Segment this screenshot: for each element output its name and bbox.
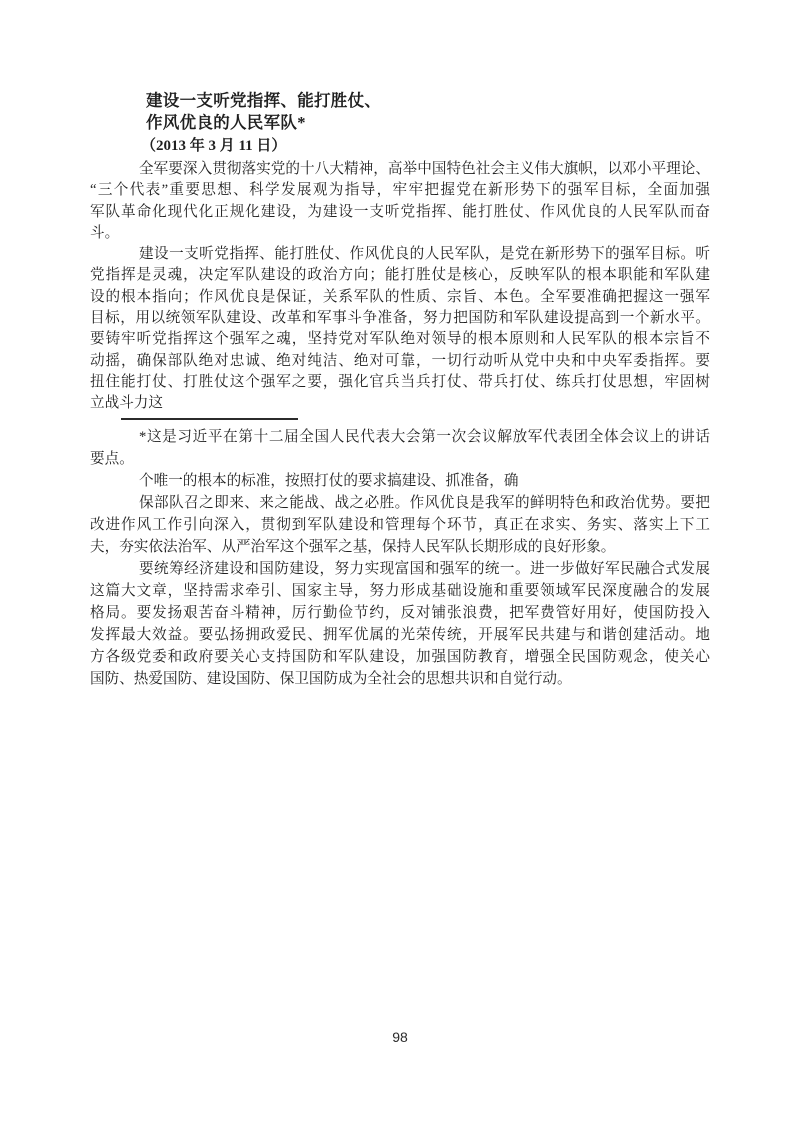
body-text-line: 目标，用以统领军队建设、改革和军事斗争准备，努力把国防和军队建设提高到一个新水平…	[90, 308, 710, 329]
document-page: 建设一支听党指挥、能打胜仗、 作风优良的人民军队* （2013 年 3 月 11…	[0, 0, 800, 1131]
body-text-line: 改进作风工作引向深入，贯彻到军队建设和管理每个环节，真正在求实、务实、落实上下工	[90, 514, 710, 536]
footnote-text-line: 要点。	[90, 448, 710, 470]
document-title: 建设一支听党指挥、能打胜仗、 作风优良的人民军队* （2013 年 3 月 11…	[90, 90, 712, 157]
body-text-line: 军队革命化现代化正规化建设，为建设一支听党指挥、能打胜仗、作风优良的人民军队而奋	[90, 202, 710, 223]
body-text-line: 动摇，确保部队绝对忠诚、绝对纯洁、绝对可靠，一切行动听从党中央和中央军委指挥。要	[90, 351, 710, 372]
footnote-separator-rule	[121, 418, 298, 420]
document-title-line-2: 作风优良的人民军队*	[90, 112, 712, 134]
footnote-text-line: *这是习近平在第十二届全国人民代表大会第一次会议解放军代表团全体会议上的讲话	[90, 426, 710, 448]
body-text-line: 斗。	[90, 223, 710, 244]
body-text-line: 格局。要发扬艰苦奋斗精神，厉行勤俭节约，反对铺张浪费，把军费管好用好，使国防投入	[90, 602, 710, 624]
body-text-line: 这篇大文章，坚持需求牵引、国家主导，努力形成基础设施和重要领域军民深度融合的发展	[90, 580, 710, 602]
body-text-line: 立战斗力这	[90, 393, 710, 414]
body-text-line: 要铸牢听党指挥这个强军之魂，坚持党对军队绝对领导的根本原则和人民军队的根本宗旨不	[90, 329, 710, 350]
body-text-line: 建设一支听党指挥、能打胜仗、作风优良的人民军队，是党在新形势下的强军目标。听	[90, 244, 710, 265]
body-block-1: 全军要深入贯彻落实党的十八大精神，高举中国特色社会主义伟大旗帜，以邓小平理论、“…	[90, 159, 710, 415]
body-text-line: 保部队召之即来、来之能战、战之必胜。作风优良是我军的鲜明特色和政治优势。要把	[90, 492, 710, 514]
body-text-line: 夫，夯实依法治军、从严治军这个强军之基，保持人民军队长期形成的良好形象。	[90, 536, 710, 558]
body-text-line: 全军要深入贯彻落实党的十八大精神，高举中国特色社会主义伟大旗帜，以邓小平理论、	[90, 159, 710, 180]
document-date: （2013 年 3 月 11 日）	[90, 135, 712, 158]
body-text-line: 党指挥是灵魂，决定军队建设的政治方向；能打胜仗是核心，反映军队的根本职能和军队建	[90, 265, 710, 286]
body-text-line: 个唯一的根本的标准，按照打仗的要求搞建设、抓准备，确	[90, 470, 710, 492]
body-text-line: “三个代表”重要思想、科学发展观为指导，牢牢把握党在新形势下的强军目标，全面加强	[90, 180, 710, 201]
page-number: 98	[0, 1029, 800, 1045]
body-text-line: 发挥最大效益。要弘扬拥政爱民、拥军优属的光荣传统，开展军民共建与和谐创建活动。地	[90, 624, 710, 646]
footnote-block: *这是习近平在第十二届全国人民代表大会第一次会议解放军代表团全体会议上的讲话要点…	[90, 426, 710, 470]
body-block-2: 个唯一的根本的标准，按照打仗的要求搞建设、抓准备，确保部队召之即来、来之能战、战…	[90, 470, 710, 690]
body-text-line: 扭住能打仗、打胜仗这个强军之要，强化官兵当兵打仗、带兵打仗、练兵打仗思想，牢固树	[90, 372, 710, 393]
body-text-line: 要统筹经济建设和国防建设，努力实现富国和强军的统一。进一步做好军民融合式发展	[90, 558, 710, 580]
body-text-line: 方各级党委和政府要关心支持国防和军队建设，加强国防教育，增强全民国防观念，使关心	[90, 646, 710, 668]
body-text-line: 设的根本指向；作风优良是保证，关系军队的性质、宗旨、本色。全军要准确把握这一强军	[90, 287, 710, 308]
body-text-line: 国防、热爱国防、建设国防、保卫国防成为全社会的思想共识和自觉行动。	[90, 668, 710, 690]
document-title-line-1: 建设一支听党指挥、能打胜仗、	[90, 90, 712, 112]
